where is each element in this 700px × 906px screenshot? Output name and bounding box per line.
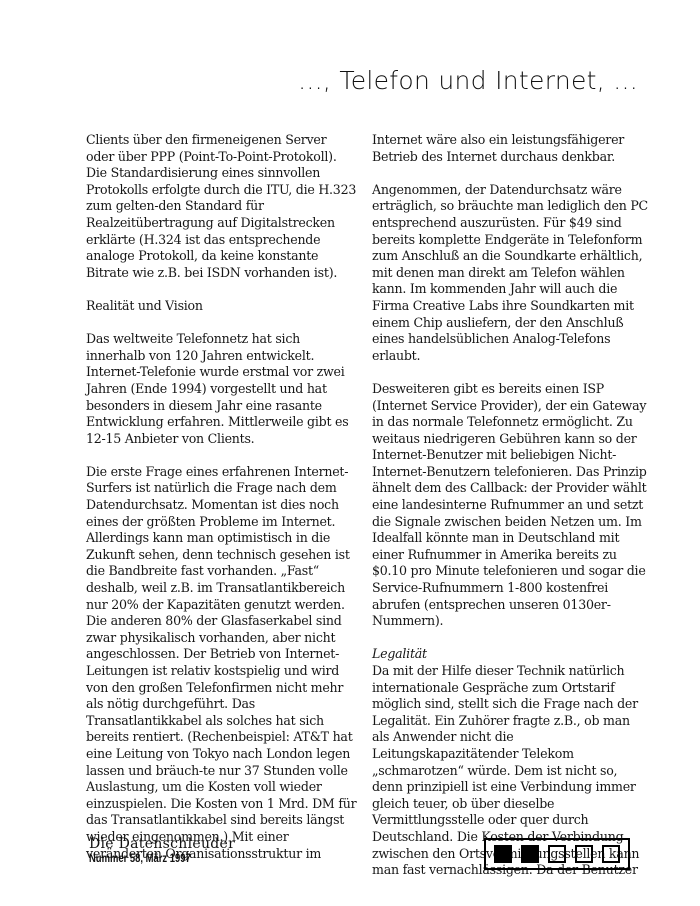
page-box-empty-icon (575, 845, 593, 863)
page-box-empty-icon (602, 845, 620, 863)
right-column: Internet wäre also ein leistungsfähigere… (372, 132, 648, 879)
paragraph: Internet wäre also ein leistungsfähigere… (372, 132, 648, 165)
issue-info: Nummer 58, März 1997 (89, 853, 191, 865)
page-box-empty-icon (548, 845, 566, 863)
page-title: ..., Telefon und Internet, ... (298, 66, 638, 95)
page-indicator (484, 838, 630, 870)
page-box-filled-icon (494, 845, 512, 863)
left-column: Clients über den firmeneigenen Server od… (86, 132, 358, 862)
page-box-filled-icon (521, 845, 539, 863)
section-heading: Realität und Vision (86, 298, 358, 315)
paragraph: Das weltweite Telefonnetz hat sich inner… (86, 331, 358, 447)
paragraph: Die erste Frage eines erfahrenen Interne… (86, 464, 358, 862)
section-heading: Legalität (372, 646, 648, 663)
paragraph: Angenommen, der Datendurchsatz wäre ertr… (372, 182, 648, 365)
publication-name: Die Datenschleuder (89, 836, 235, 852)
paragraph: Desweiteren gibt es bereits einen ISP (I… (372, 381, 648, 630)
paragraph: Clients über den firmeneigenen Server od… (86, 132, 358, 281)
